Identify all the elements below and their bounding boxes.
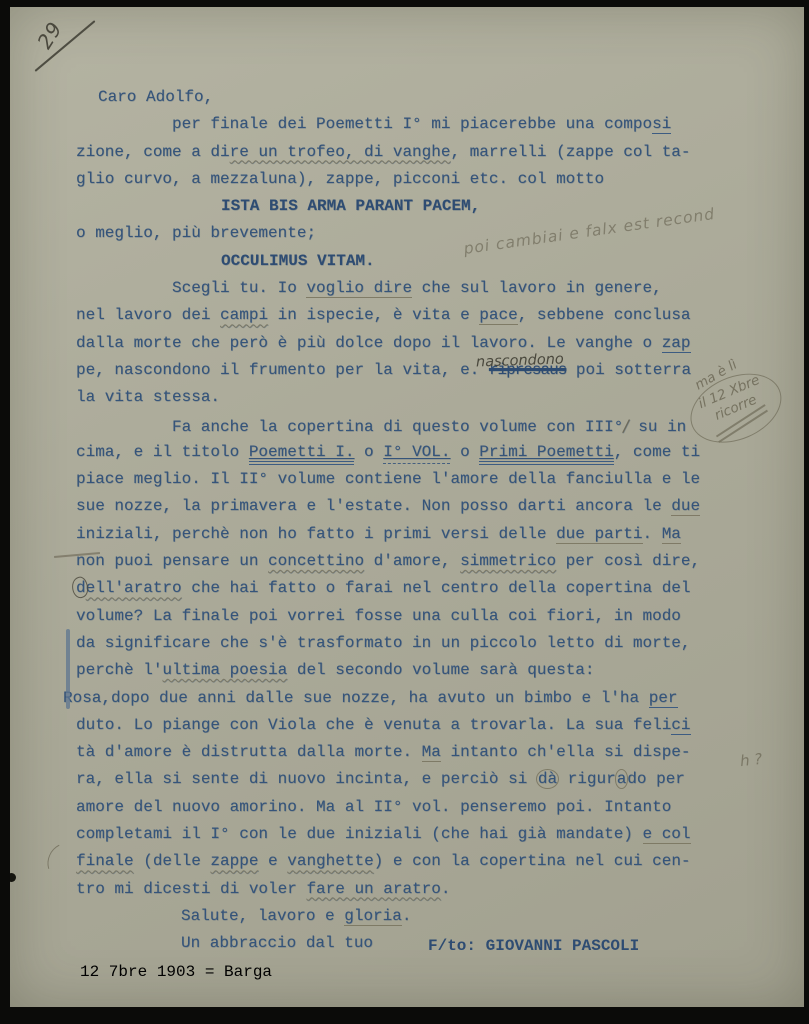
scan-background: { "page": { "paper_color": "#abaa99", "i… xyxy=(0,0,809,1024)
letter-page: 29 Caro Adolfo,per finale dei Poemetti I… xyxy=(10,7,804,1007)
text-segment: nel lavoro dei xyxy=(76,306,220,324)
letter-line: cima, e il titolo Poemetti I. o I° VOL. … xyxy=(76,439,756,466)
letter-line: ra, ella si sente di nuovo incinta, e pe… xyxy=(76,766,756,793)
letter-line: da significare che s'è trasformato in un… xyxy=(76,630,756,657)
text-segment: cima, e il titolo xyxy=(76,443,249,461)
text-segment: gloria xyxy=(344,907,402,926)
letter-line: tà d'amore è distrutta dalla morte. Ma i… xyxy=(76,739,756,766)
text-segment: o meglio, più brevemente; xyxy=(76,224,316,242)
text-segment: che hai fatto o farai nel centro della c… xyxy=(182,579,691,597)
text-segment: do per xyxy=(627,770,685,788)
letter-line: perchè l'ultima poesia del secondo volum… xyxy=(76,657,756,684)
text-segment: zap xyxy=(662,334,691,353)
text-segment: pace xyxy=(479,306,517,325)
letter-line: amore del nuovo amorino. Ma al II° vol. … xyxy=(76,794,756,821)
text-segment: sue nozze, la primavera e l'estate. Non … xyxy=(76,497,671,515)
blue-margin-line xyxy=(66,629,70,709)
text-segment: . xyxy=(441,880,451,898)
text-segment: la vita stessa. xyxy=(76,388,220,406)
text-segment: tro mi dicesti di voler xyxy=(76,880,306,898)
letter-line: dalla morte che però è più dolce dopo il… xyxy=(76,330,756,357)
text-segment: completami il I° con le due iniziali (ch… xyxy=(76,825,643,843)
text-segment: poi sotterra xyxy=(566,361,691,379)
text-segment: pe, nascondono il frumento per la vita, … xyxy=(76,361,489,379)
text-segment: per finale dei Poemetti I° mi piacerebbe… xyxy=(172,115,652,133)
ink-dot xyxy=(10,873,16,882)
text-segment: . xyxy=(402,907,412,925)
letter-line: volume? La finale poi vorrei fosse una c… xyxy=(76,603,756,630)
text-segment: in ispecie, è vita e xyxy=(268,306,479,324)
text-segment: voglio dire xyxy=(306,279,412,298)
letter-line: per finale dei Poemetti I° mi piacerebbe… xyxy=(76,111,756,138)
text-segment: perchè l' xyxy=(76,661,162,679)
text-segment: rigur xyxy=(558,770,616,788)
letter-line: glio curvo, a mezzaluna), zappe, picconi… xyxy=(76,166,756,193)
text-segment: ) e con la copertina nel cui cen- xyxy=(374,852,691,870)
letter-line: Rosa,dopo due anni dalle sue nozze, ha a… xyxy=(63,685,756,712)
text-segment: Un abbraccio dal tuo xyxy=(181,934,373,952)
text-segment: . xyxy=(643,525,662,543)
text-segment: campi xyxy=(220,306,268,324)
text-segment: su in xyxy=(629,418,687,436)
date-line: 12 7bre 1903 = Barga xyxy=(80,963,272,981)
text-segment: da significare che s'è trasformato in un… xyxy=(76,634,691,652)
text-segment: , marrelli (zappe col ta- xyxy=(450,143,690,161)
text-segment: (delle xyxy=(134,852,211,870)
text-segment: d xyxy=(76,579,86,597)
text-segment: , sebbene conclusa xyxy=(518,306,691,324)
letter-line: duto. Lo piange con Viola che è venuta a… xyxy=(76,712,756,739)
letter-line: tro mi dicesti di voler fare un aratro. xyxy=(76,876,756,903)
text-segment: Salute, lavoro e xyxy=(181,907,344,925)
text-segment: ell'aratro xyxy=(86,579,182,597)
text-segment: del secondo volume sarà questa: xyxy=(287,661,594,679)
text-segment: ISTA BIS ARMA PARANT PACEM, xyxy=(221,197,480,215)
letter-line: Un abbraccio dal tuo xyxy=(76,930,756,957)
text-segment: dà xyxy=(536,769,559,789)
letter-line: sue nozze, la primavera e l'estate. Non … xyxy=(76,493,756,520)
letter-line: Scegli tu. Io voglio dire che sul lavoro… xyxy=(76,275,756,302)
text-segment: OCCULIMUS VITAM. xyxy=(221,252,375,270)
letter-line: Caro Adolfo, xyxy=(76,84,756,111)
text-segment: non puoi pensare un xyxy=(76,552,268,570)
text-segment: Fa anche la copertina di questo volume c… xyxy=(172,418,623,436)
text-segment: ra, ella si sente di nuovo incinta, e pe… xyxy=(76,770,537,788)
text-segment: dalla morte che però è più dolce dopo il… xyxy=(76,334,662,352)
signature-line: F/to: GIOVANNI PASCOLI xyxy=(428,937,639,955)
letter-line: completami il I° con le due iniziali (ch… xyxy=(76,821,756,848)
text-segment: I° VOL. xyxy=(383,443,450,464)
text-segment: e xyxy=(258,852,287,870)
text-segment: Rosa,dopo due anni dalle sue nozze, ha a… xyxy=(63,689,649,707)
text-segment: concettino xyxy=(268,552,364,570)
letter-line: zione, come a dire un trofeo, di vanghe,… xyxy=(76,139,756,166)
text-segment: intanto ch'ella si dispe- xyxy=(441,743,691,761)
text-segment: zione, come a di xyxy=(76,143,230,161)
text-segment: Ma xyxy=(662,525,681,544)
text-segment: Scegli tu. Io xyxy=(172,279,306,297)
text-segment: piace meglio. Il II° volume contiene l'a… xyxy=(76,470,700,488)
text-segment: vanghette xyxy=(287,852,373,870)
text-segment: o xyxy=(450,443,479,461)
text-segment: tà d'amore è distrutta dalla morte. xyxy=(76,743,422,761)
text-segment: due parti xyxy=(556,525,642,544)
text-segment: ci xyxy=(671,716,690,735)
text-segment: re un trofeo, di vanghe xyxy=(230,143,451,161)
inline-correction-note: nascondono xyxy=(476,351,564,370)
letter-line: non puoi pensare un concettino d'amore, … xyxy=(76,548,756,575)
text-segment: iniziali, perchè non ho fatto i primi ve… xyxy=(76,525,556,543)
text-segment: glio curvo, a mezzaluna), zappe, picconi… xyxy=(76,170,604,188)
margin-scribble: h ? xyxy=(739,750,763,770)
text-segment: d'amore, xyxy=(364,552,460,570)
letter-line: pe, nascondono il frumento per la vita, … xyxy=(76,357,756,384)
text-segment: ultima poesia xyxy=(162,661,287,679)
text-segment: Primi Poemetti xyxy=(479,443,613,465)
text-segment: duto. Lo piange con Viola che è venuta a… xyxy=(76,716,671,734)
text-segment: che sul lavoro in genere, xyxy=(412,279,662,297)
text-segment: , come ti xyxy=(614,443,700,461)
text-segment: Poemetti I. xyxy=(249,443,355,465)
text-segment: per così dire, xyxy=(556,552,700,570)
text-segment: zappe xyxy=(210,852,258,870)
text-segment: o xyxy=(354,443,383,461)
text-segment: Ma xyxy=(422,743,441,762)
letter-line: finale (delle zappe e vanghette) e con l… xyxy=(76,848,756,875)
text-segment: Caro Adolfo, xyxy=(98,88,213,106)
text-segment: finale xyxy=(76,852,134,870)
text-segment: simmetrico xyxy=(460,552,556,570)
text-segment: e col xyxy=(643,825,691,844)
letter-line: Fa anche la copertina di questo volume c… xyxy=(76,412,756,439)
letter-line: piace meglio. Il II° volume contiene l'a… xyxy=(76,466,756,493)
letter-line: la vita stessa. xyxy=(76,384,756,411)
letter-line: Salute, lavoro e gloria. xyxy=(76,903,756,930)
letter-line: OCCULIMUS VITAM. xyxy=(76,248,756,275)
text-segment: per xyxy=(649,689,678,708)
letter-line: dell'aratro che hai fatto o farai nel ce… xyxy=(76,575,756,602)
letter-line: iniziali, perchè non ho fatto i primi ve… xyxy=(76,521,756,548)
text-segment: si xyxy=(652,115,671,134)
text-segment: due xyxy=(671,497,700,516)
text-segment: volume? La finale poi vorrei fosse una c… xyxy=(76,607,681,625)
text-segment: amore del nuovo amorino. Ma al II° vol. … xyxy=(76,798,671,816)
text-segment: fare un aratro xyxy=(306,880,440,898)
letter-line: nel lavoro dei campi in ispecie, è vita … xyxy=(76,302,756,329)
